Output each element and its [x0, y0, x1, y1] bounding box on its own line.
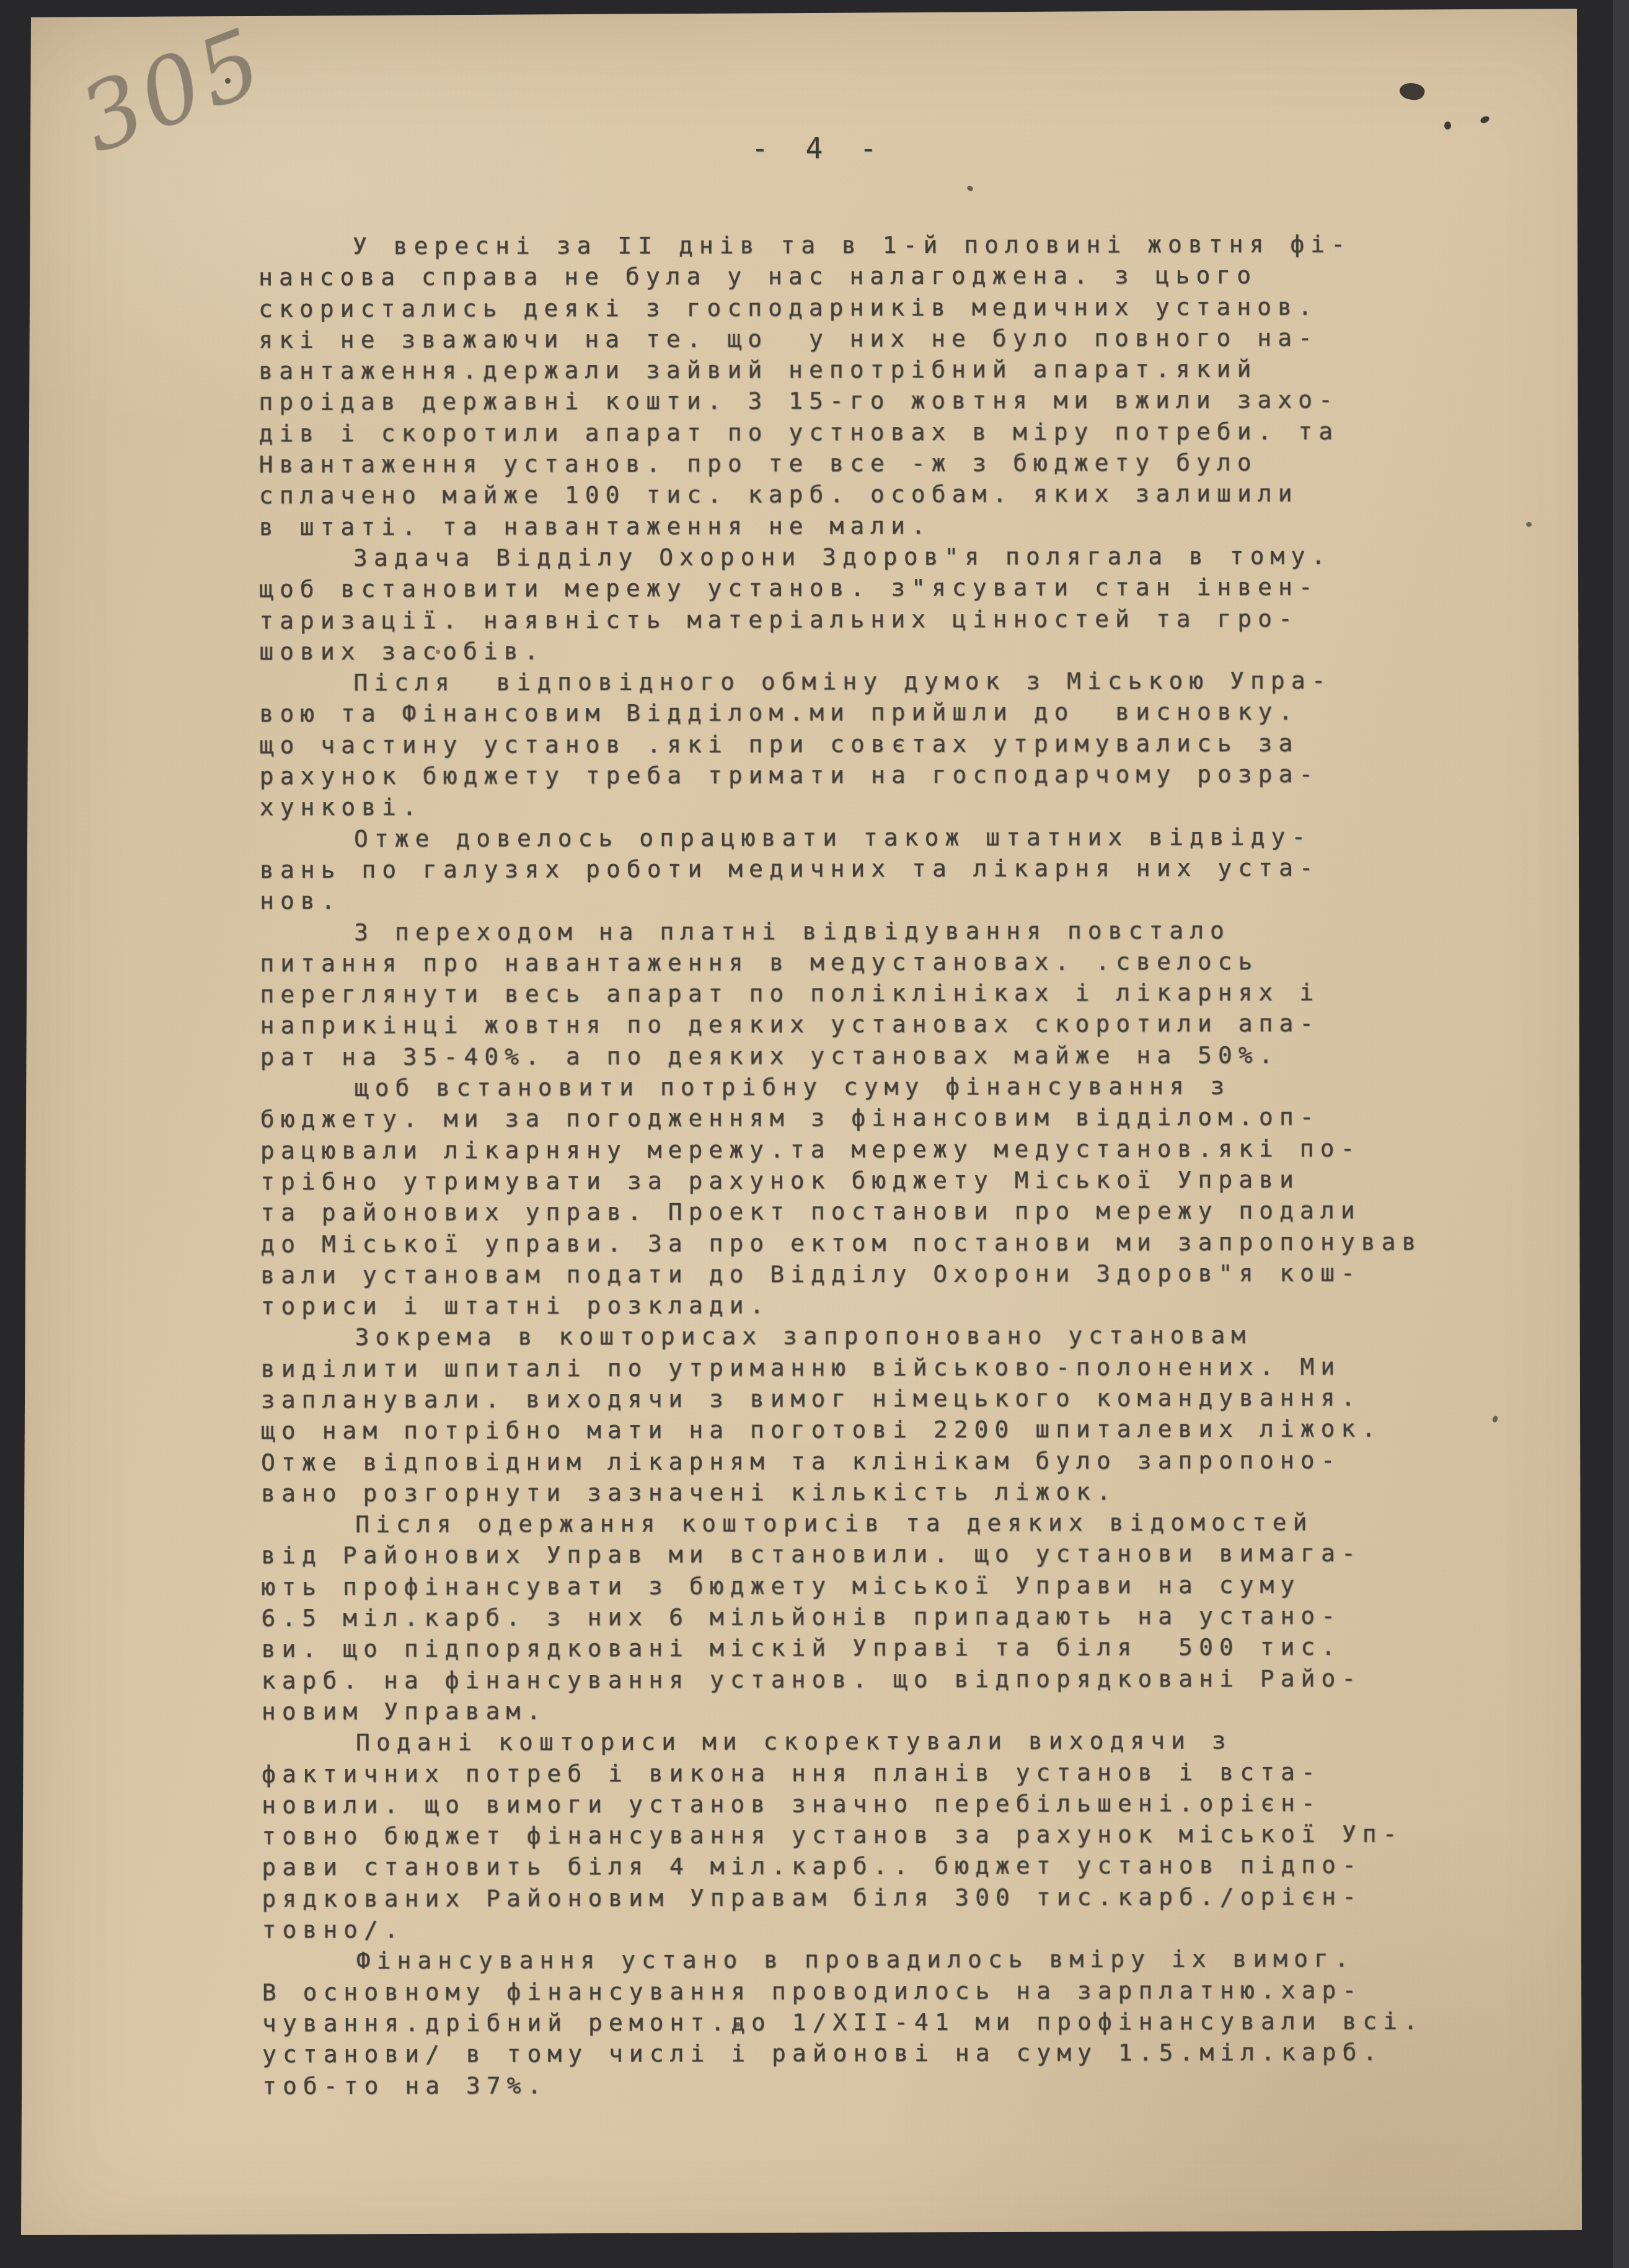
typed-line: щоб встановити потрібну суму фінансуванн…: [260, 1070, 1574, 1104]
typed-line: виділити шпиталі по утриманню військово-…: [261, 1350, 1575, 1384]
typed-line: до Міської управи. За про ектом постанов…: [260, 1225, 1574, 1260]
typed-line: вань по галузях роботи медичних та лікар…: [260, 852, 1574, 886]
typed-line: товно/.: [262, 1912, 1576, 1946]
typed-line: від Районових Управ ми встановили. що ус…: [261, 1537, 1575, 1571]
typed-line: установи/ в тому числі і районові на сум…: [262, 2036, 1576, 2070]
typed-line: трібно утримувати за рахунок бюджету Міс…: [260, 1163, 1574, 1198]
typed-line: бюджету. ми за погодженням з фінансовим …: [260, 1101, 1574, 1135]
typed-line: Отже відповідним лікарням та клінікам бу…: [261, 1444, 1575, 1478]
typed-line: Фінансування устано в провадилось вміру …: [262, 1943, 1576, 1977]
ink-speck: [735, 2022, 740, 2028]
ink-speck: [225, 78, 231, 84]
typed-line: що нам потрібно мати на поготові 2200 шп…: [261, 1413, 1575, 1447]
typed-line: сплачено майже 100 тис. карб. особам. як…: [259, 477, 1573, 511]
ink-speck: [1444, 121, 1451, 130]
typed-line: дів і скоротили апарат по устновах в мір…: [258, 415, 1573, 449]
ink-speck: [1526, 522, 1532, 527]
typed-line: вантаження.держали зайвий непотрібний ап…: [258, 353, 1573, 387]
archival-number-handwritten: 305: [66, 7, 278, 174]
typed-line: У вересні за II днів та в 1-й половині ж…: [258, 228, 1573, 262]
typed-line: Зокрема в кошторисах запропоновано устан…: [261, 1319, 1575, 1353]
ink-blot: [1398, 81, 1426, 103]
typed-line: таризації. наявність матеріальних ціннос…: [259, 602, 1573, 636]
typed-line: ють профінансувати з бюджету міської Упр…: [261, 1569, 1575, 1603]
typed-line: хункові.: [260, 789, 1574, 823]
typed-line: переглянути весь апарат по поліклініках …: [260, 976, 1574, 1010]
typed-line: та районових управ. Проект постанови про…: [260, 1194, 1574, 1229]
typed-line: вою та Фінансовим Відділом.ми прийшли до…: [259, 695, 1573, 730]
backdrop-edge-strip: [1613, 0, 1629, 2268]
ink-speck: [966, 185, 974, 192]
typed-line: які не зважаючи на те. що у них не було …: [258, 322, 1573, 356]
typed-line: скористались деякі з господарників медич…: [258, 290, 1573, 324]
typed-line: чування.дрібний ремонт.до 1/ХІІ-41 ми пр…: [262, 2005, 1576, 2039]
typed-line: Нвантаження установ. про те все -ж з бюд…: [259, 446, 1573, 480]
typed-line: вали установам подати до Відділу Охорони…: [260, 1257, 1574, 1291]
typed-line: Подані кошториси ми скоректували виходяч…: [262, 1724, 1576, 1758]
typed-line: Отже довелось опрацювати також штатних в…: [260, 820, 1574, 854]
typed-line: Після одержання кошторисів та деяких від…: [261, 1506, 1575, 1540]
typed-line: запланували. виходячи з вимог німецького…: [261, 1382, 1575, 1416]
typed-line: новим Управам.: [262, 1693, 1576, 1727]
document-page: 305 - 4 - У вересні за II днів та в 1-й …: [0, 0, 1629, 2268]
typed-line: ториси і штатні розклади.: [260, 1288, 1574, 1322]
page-number: - 4 -: [751, 131, 886, 165]
typed-line: фактичних потреб і викона ння планів уст…: [262, 1755, 1576, 1789]
typed-line: нов.: [260, 883, 1574, 917]
typed-line: 6.5 міл.карб. з них 6 мільйонів припадаю…: [261, 1600, 1575, 1634]
typed-line: товно бюджет фінансування установ за рах…: [262, 1818, 1576, 1852]
typed-line: ви. що підпорядковані міскій Управі та б…: [262, 1631, 1576, 1665]
typed-line: В основному фінансування проводилось на …: [262, 1974, 1576, 2008]
scanned-photo: { "page": { "archival_number": "305", "p…: [0, 0, 1629, 2268]
typed-line: щоб встановити мережу установ. з"ясувати…: [259, 571, 1573, 605]
typed-text-block: У вересні за II днів та в 1-й половині ж…: [258, 228, 1576, 2101]
typed-line: тоб-то на 37%.: [262, 2067, 1576, 2101]
typed-line: нансова справа не була у нас налагоджена…: [258, 259, 1573, 293]
typed-line: новили. що вимоги установ значно перебіл…: [262, 1787, 1576, 1821]
typed-line: карб. на фінансування установ. що відпор…: [262, 1662, 1576, 1696]
typed-line: рави становить біля 4 міл.карб.. бюджет …: [262, 1849, 1576, 1883]
typed-line: вано розгорнути зазначені кількість ліжо…: [261, 1475, 1575, 1509]
typed-line: наприкінці жовтня по деяких установах ск…: [260, 1007, 1574, 1041]
typed-line: рядкованих Районовим Управам біля 300 ти…: [262, 1881, 1576, 1915]
typed-line: Після відповідного обміну думок з Місько…: [259, 664, 1573, 699]
typed-line: З переходом на платні відвідування повст…: [260, 914, 1574, 948]
typed-line: рацювали лікарняну мережу.та мережу меду…: [260, 1132, 1574, 1166]
typed-line: проідав державні кошти. З 15-го жовтня м…: [258, 384, 1573, 418]
ink-speck: [436, 650, 440, 654]
typed-line: шових засобів.: [259, 633, 1573, 668]
typed-line: рат на 35-40%. а по деяких установах май…: [260, 1038, 1574, 1072]
typed-line: питання про навантаження в медустановах.…: [260, 945, 1574, 979]
typed-line: рахунок бюджету треба тримати на господа…: [260, 758, 1574, 792]
typed-line: Задача Відділу Охорони Здоров"я полягала…: [259, 540, 1573, 574]
typed-line: в штаті. та навантаження не мали.: [259, 508, 1573, 542]
ink-speck: [1480, 115, 1491, 124]
typed-line: що частину установ .які при совєтах утри…: [260, 727, 1574, 761]
